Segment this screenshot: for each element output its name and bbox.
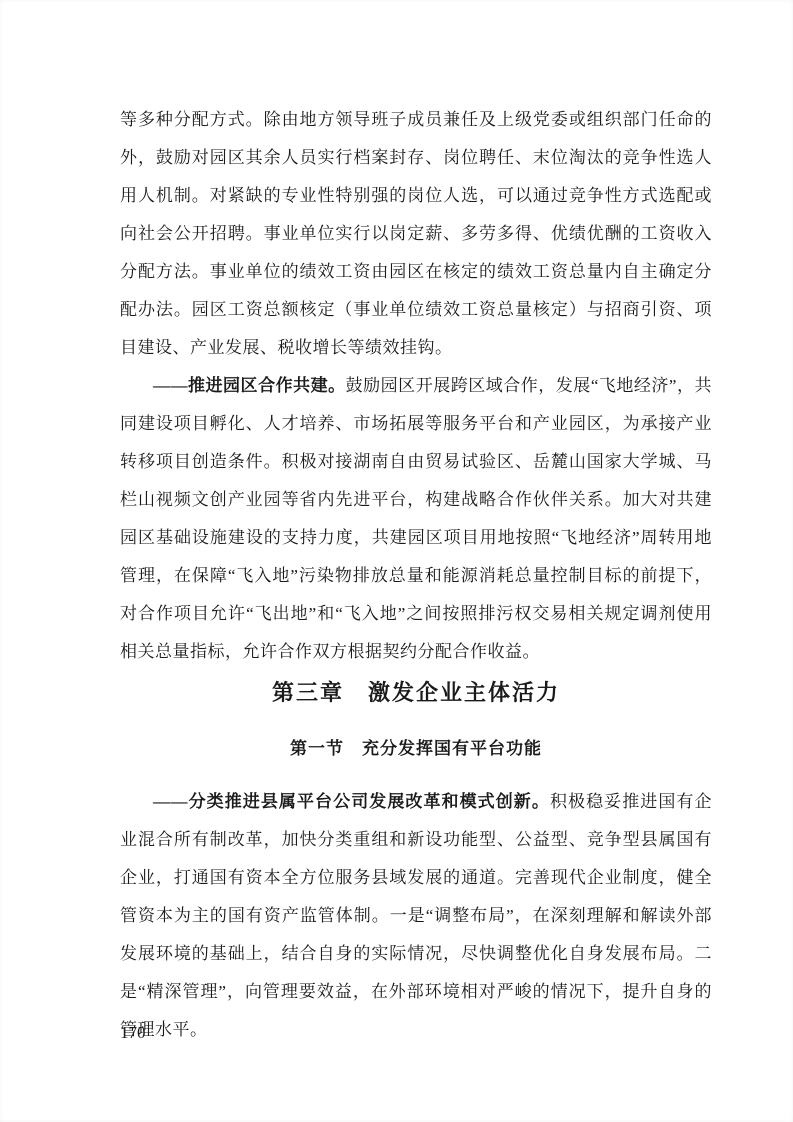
section-heading: 第一节 充分发挥国有平台功能 — [120, 730, 712, 768]
body-paragraph-1: 等多种分配方式。除由地方领导班子成员兼任及上级党委或组织部门任命的外，鼓励对园区… — [120, 101, 712, 367]
page-content: 等多种分配方式。除由地方领导班子成员兼任及上级党委或组织部门任命的外，鼓励对园区… — [0, 0, 793, 1049]
paragraph-lead: ——分类推进县属平台公司发展改革和模式创新。 — [153, 792, 550, 811]
paragraph-text: 鼓励园区开展跨区域合作，发展“飞地经济”，共同建设项目孵化、人才培养、市场拓展等… — [120, 376, 712, 661]
document-page: 等多种分配方式。除由地方领导班子成员兼任及上级党委或组织部门任命的外，鼓励对园区… — [0, 0, 793, 1122]
paragraph-lead: ——推进园区合作共建。 — [153, 376, 346, 395]
paragraph-text: 积极稳妥推进国有企业混合所有制改革，加快分类重组和新设功能型、公益型、竞争型县属… — [120, 792, 712, 1039]
body-paragraph-2: ——推进园区合作共建。鼓励园区开展跨区域合作，发展“飞地经济”，共同建设项目孵化… — [120, 367, 712, 671]
chapter-heading: 第三章 激发企业主体活力 — [120, 673, 712, 713]
body-paragraph-3: ——分类推进县属平台公司发展改革和模式创新。积极稳妥推进国有企业混合所有制改革，… — [120, 783, 712, 1049]
page-number: 170 — [120, 1021, 146, 1045]
paragraph-text: 等多种分配方式。除由地方领导班子成员兼任及上级党委或组织部门任命的外，鼓励对园区… — [120, 110, 712, 357]
